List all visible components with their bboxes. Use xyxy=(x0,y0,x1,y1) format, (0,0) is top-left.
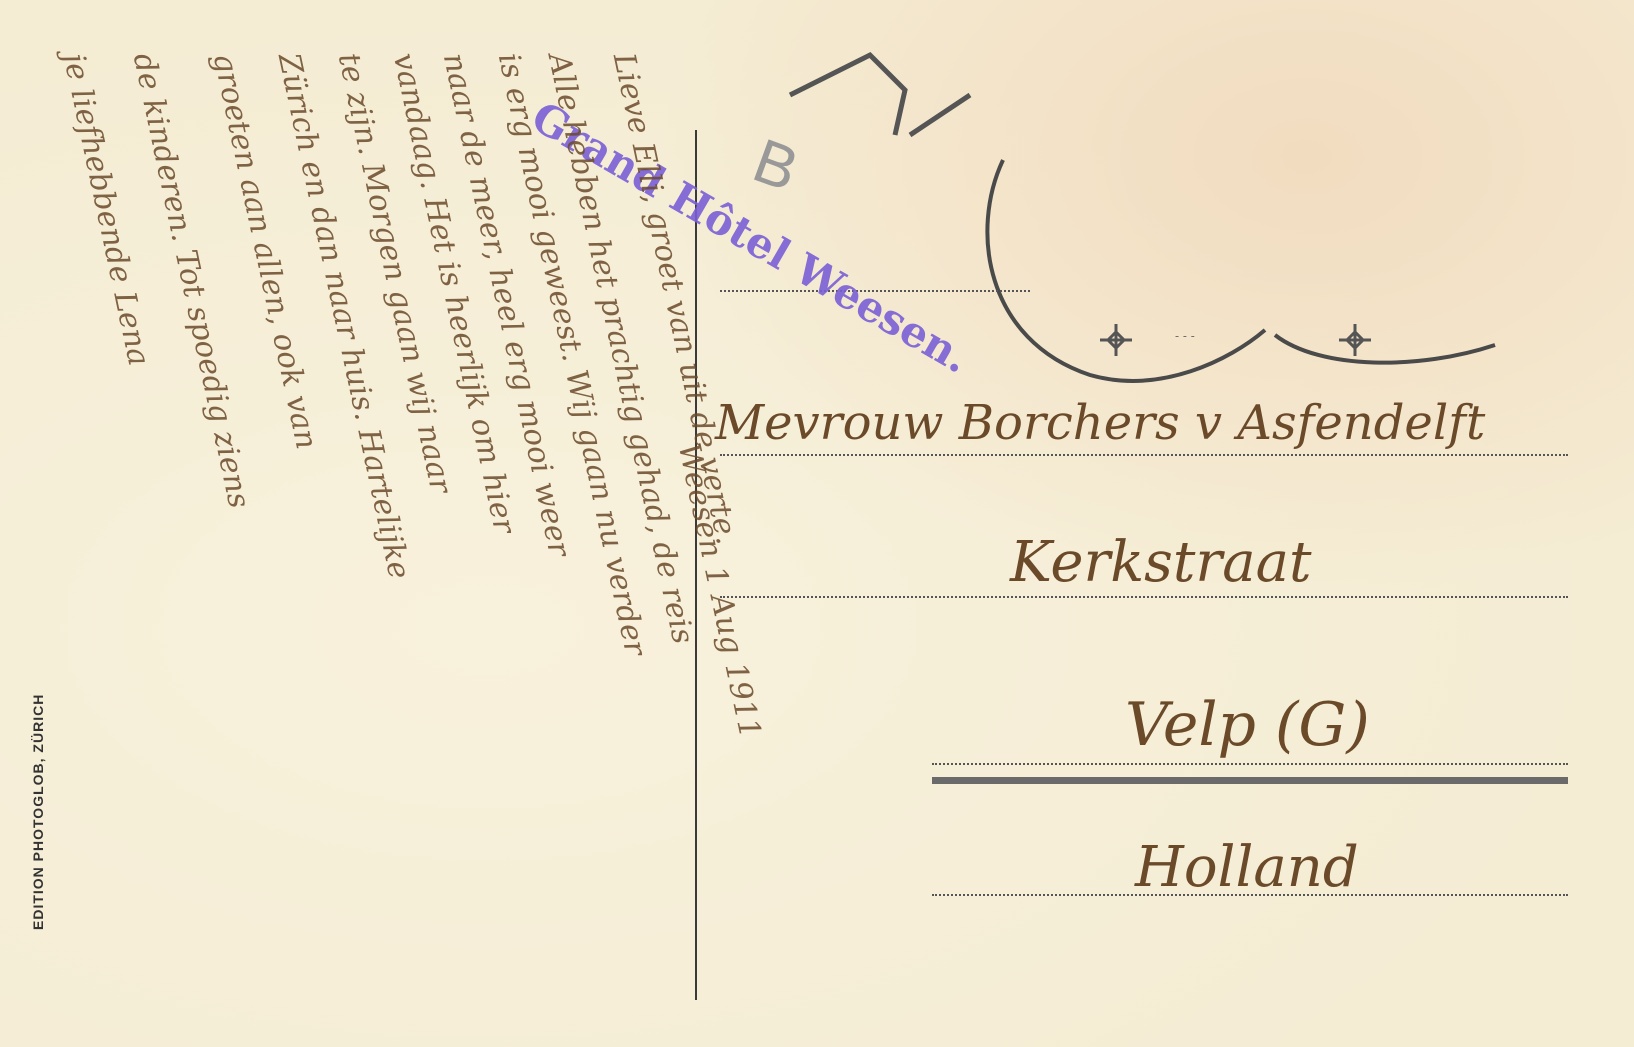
address-line-guide xyxy=(720,596,1568,598)
publisher-imprint: EDITION PHOTOGLOB, ZÜRICH xyxy=(30,694,46,930)
address-line-guide xyxy=(932,763,1568,765)
address-line-2: Kerkstraat xyxy=(1010,530,1311,595)
address-line-guide xyxy=(720,454,1568,456)
postcard-back: - - - B Grand Hôtel Weesen. Mevrouw Borc… xyxy=(0,0,1634,1047)
address-line-3: Velp (G) xyxy=(1125,690,1370,760)
svg-text:- - -: - - - xyxy=(1175,329,1195,343)
address-line-1: Mevrouw Borchers v Asfendelft xyxy=(715,395,1485,451)
address-underline-bar xyxy=(932,777,1568,784)
address-line-4: Holland xyxy=(1135,835,1359,900)
